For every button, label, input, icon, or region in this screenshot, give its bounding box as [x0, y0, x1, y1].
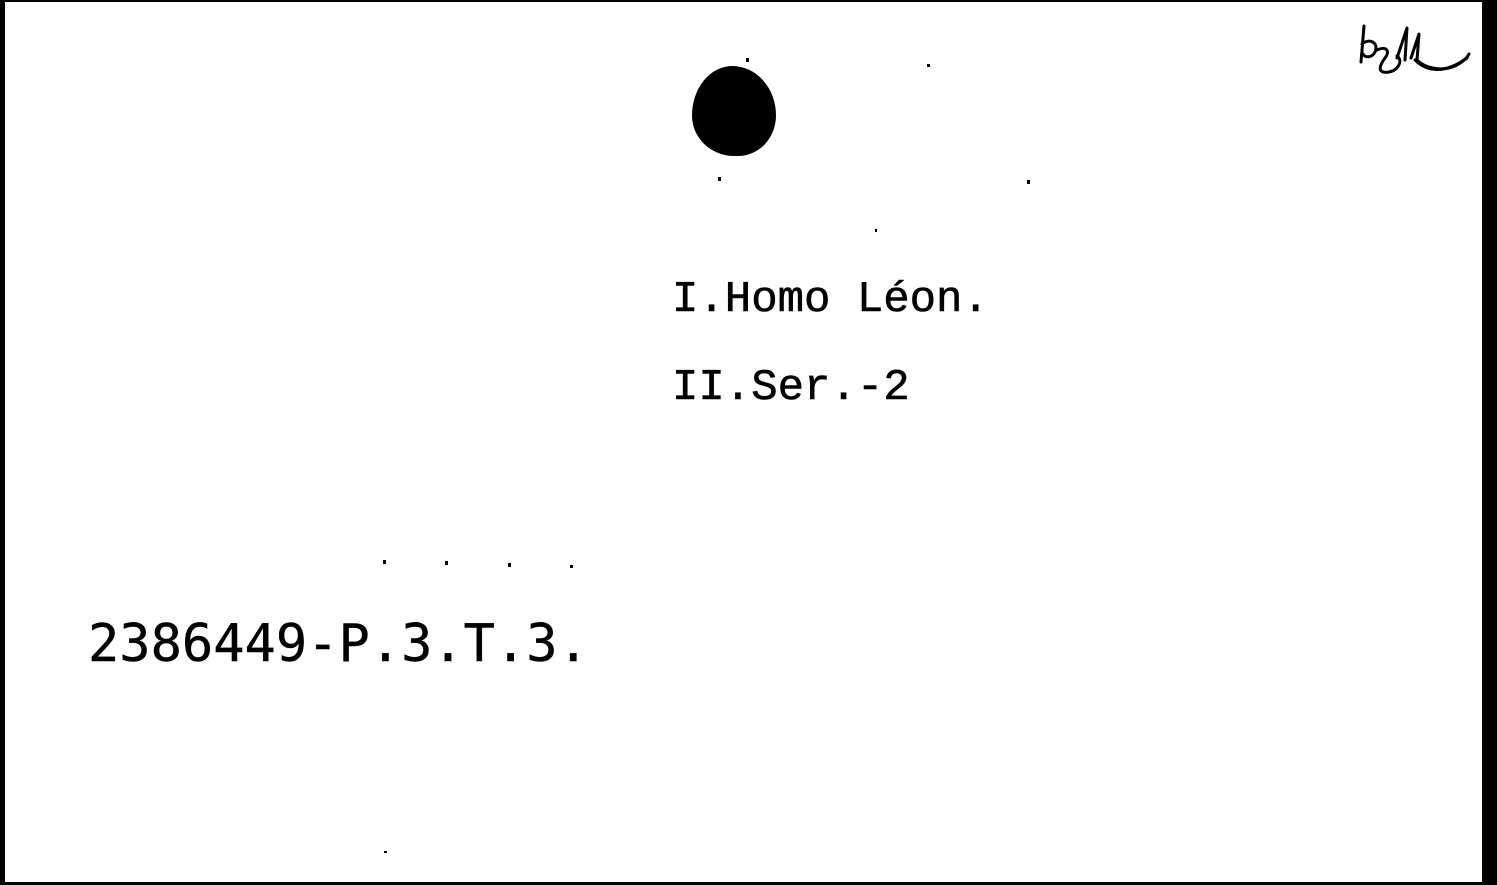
scan-speck [383, 560, 386, 564]
scan-speck [445, 561, 448, 565]
card-border-left [0, 0, 5, 885]
card-border-right [1484, 0, 1497, 885]
added-entry-series: II.Ser.-2 [672, 362, 989, 414]
punch-hole-icon [692, 66, 776, 156]
call-number: 2386449-P.3.T.3. [88, 614, 589, 674]
scan-speck [508, 563, 511, 567]
scan-speck [570, 565, 573, 568]
added-entry-author: I.Homo Léon. [672, 274, 989, 326]
added-entries: I.Homo Léon. II.Ser.-2 [672, 238, 989, 450]
catalog-card: I.Homo Léon. II.Ser.-2 2386449-P.3.T.3. [0, 0, 1497, 885]
scan-speck [1027, 180, 1030, 184]
scan-speck [875, 229, 877, 232]
scan-speck [718, 177, 721, 181]
handwritten-initials-icon [1355, 20, 1475, 90]
scan-speck [927, 64, 930, 67]
card-border-top [0, 0, 1497, 2]
scan-speck [746, 58, 749, 62]
scan-speck [384, 851, 387, 853]
